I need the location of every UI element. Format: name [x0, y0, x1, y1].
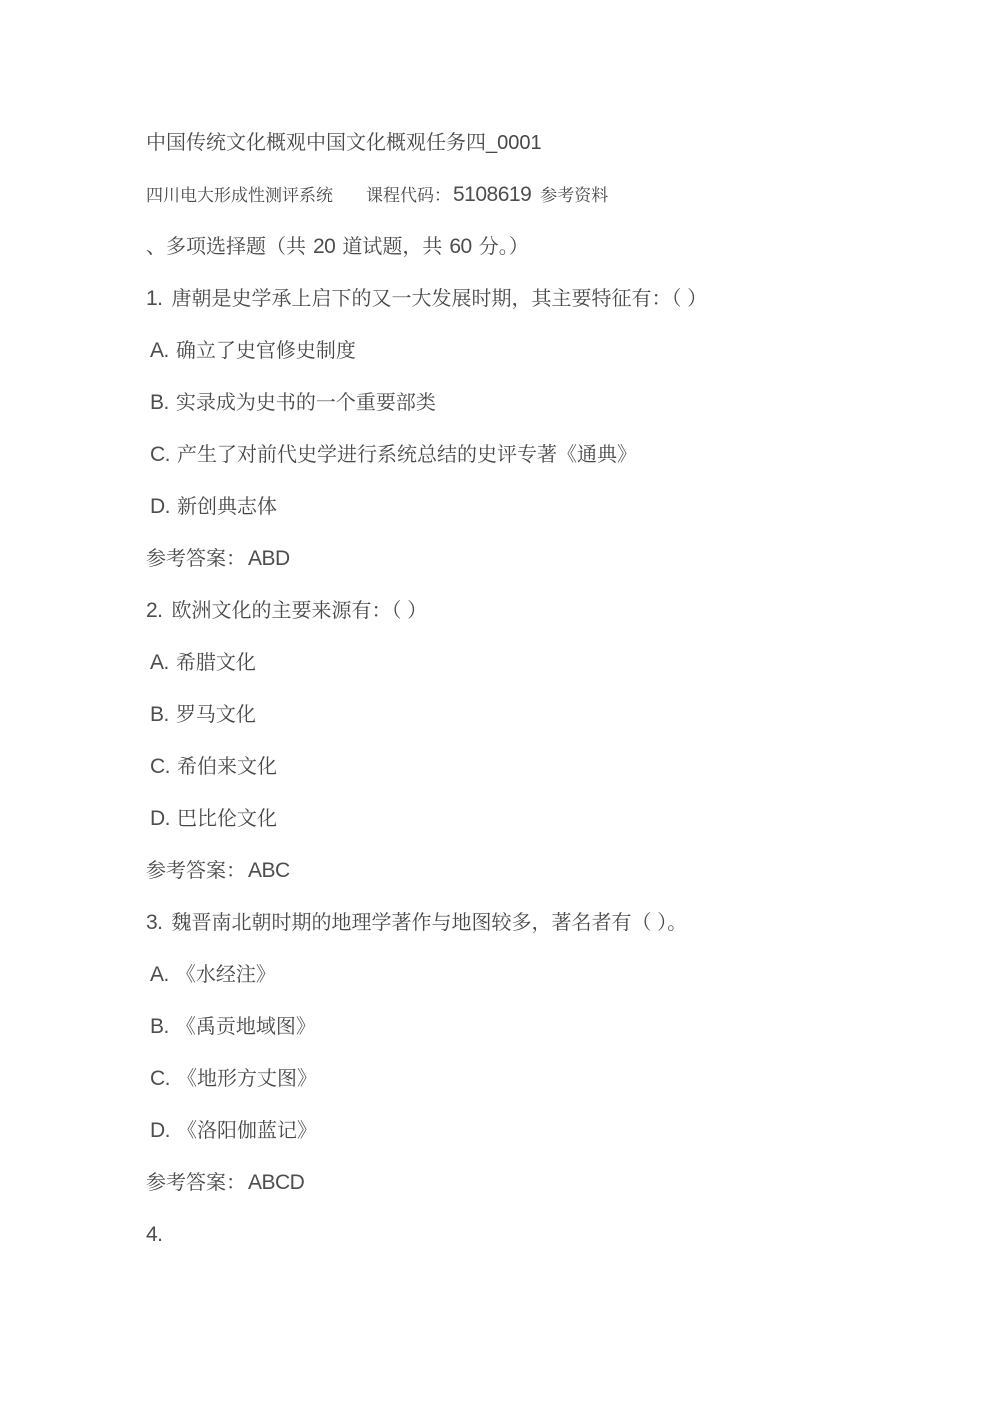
question-number: 2.: [146, 599, 163, 622]
question-text: 唐朝是史学承上启下的又一大发展时期，其主要特征有：（ ）: [172, 288, 708, 310]
answer-label: 参考答案：: [146, 860, 246, 882]
option-row: C.希伯来文化: [146, 741, 953, 793]
answer-value: ABD: [248, 547, 290, 570]
section-text-suffix: 分。）: [479, 236, 529, 258]
option-label: A.: [150, 651, 169, 674]
option-text: 《地形方丈图》: [177, 1068, 317, 1090]
question-number: 1.: [146, 287, 163, 310]
question-count: 20: [313, 235, 335, 258]
option-row: B.《禹贡地域图》: [146, 1001, 953, 1053]
option-text: 《禹贡地域图》: [176, 1016, 316, 1038]
option-text: 《洛阳伽蓝记》: [177, 1120, 317, 1142]
option-text: 实录成为史书的一个重要部类: [176, 392, 436, 414]
answer-row: 参考答案：ABCD: [146, 1157, 953, 1209]
option-label: C.: [150, 755, 170, 778]
option-text: 《水经注》: [176, 964, 276, 986]
section-text-mid: 道试题，共: [342, 236, 442, 258]
answer-label: 参考答案：: [146, 1172, 246, 1194]
answer-row: 参考答案：ABD: [146, 533, 953, 585]
option-row: A.确立了史官修史制度: [146, 325, 953, 377]
option-text: 产生了对前代史学进行系统总结的史评专著《通典》: [177, 444, 637, 466]
question-row: 2.欧洲文化的主要来源有：（ ）: [146, 585, 953, 637]
option-label: B.: [150, 703, 169, 726]
question-text: 魏晋南北朝时期的地理学著作与地图较多，著名者有（ ）。: [172, 912, 688, 934]
page-title: 中国传统文化概观中国文化概观任务四_0001: [146, 117, 953, 169]
option-label: D.: [150, 1119, 170, 1142]
section-text-prefix: 、多项选择题（共: [146, 236, 306, 258]
question-row: 3.魏晋南北朝时期的地理学著作与地图较多，著名者有（ ）。: [146, 897, 953, 949]
option-row: A.希腊文化: [146, 637, 953, 689]
option-text: 确立了史官修史制度: [176, 340, 356, 362]
question-number: 3.: [146, 911, 163, 934]
next-question-row: 4.: [146, 1209, 953, 1261]
option-text: 罗马文化: [176, 704, 256, 726]
option-text: 希腊文化: [176, 652, 256, 674]
option-text: 新创典志体: [177, 496, 277, 518]
answer-row: 参考答案：ABC: [146, 845, 953, 897]
option-row: B.罗马文化: [146, 689, 953, 741]
option-text: 巴比伦文化: [177, 808, 277, 830]
option-text: 希伯来文化: [177, 756, 277, 778]
option-row: A.《水经注》: [146, 949, 953, 1001]
answer-label: 参考答案：: [146, 548, 246, 570]
option-label: B.: [150, 1015, 169, 1038]
answer-value: ABC: [248, 859, 290, 882]
option-label: B.: [150, 391, 169, 414]
option-label: C.: [150, 443, 170, 466]
option-label: C.: [150, 1067, 170, 1090]
option-row: C.《地形方丈图》: [146, 1053, 953, 1105]
course-code-value: 5108619: [453, 183, 531, 206]
system-name: 四川电大形成性测评系统: [146, 186, 333, 205]
option-row: D.巴比伦文化: [146, 793, 953, 845]
reference-label: 参考资料: [540, 186, 608, 205]
option-label: D.: [150, 495, 170, 518]
answer-value: ABCD: [248, 1171, 304, 1194]
option-label: A.: [150, 963, 169, 986]
option-row: B.实录成为史书的一个重要部类: [146, 377, 953, 429]
option-row: D.新创典志体: [146, 481, 953, 533]
option-label: D.: [150, 807, 170, 830]
question-row: 1.唐朝是史学承上启下的又一大发展时期，其主要特征有：（ ）: [146, 273, 953, 325]
document-page: 中国传统文化概观中国文化概观任务四_0001 四川电大形成性测评系统课程代码：5…: [0, 0, 993, 1261]
question-text: 欧洲文化的主要来源有：（ ）: [172, 600, 428, 622]
section-heading: 、多项选择题（共20道试题，共60分。）: [146, 221, 953, 273]
document-header: 四川电大形成性测评系统课程代码：5108619参考资料: [146, 169, 953, 221]
points-total: 60: [449, 235, 471, 258]
option-row: D.《洛阳伽蓝记》: [146, 1105, 953, 1157]
course-code-label: 课程代码：: [366, 186, 451, 205]
option-row: C.产生了对前代史学进行系统总结的史评专著《通典》: [146, 429, 953, 481]
option-label: A.: [150, 339, 169, 362]
next-question-number: 4.: [146, 1223, 163, 1246]
